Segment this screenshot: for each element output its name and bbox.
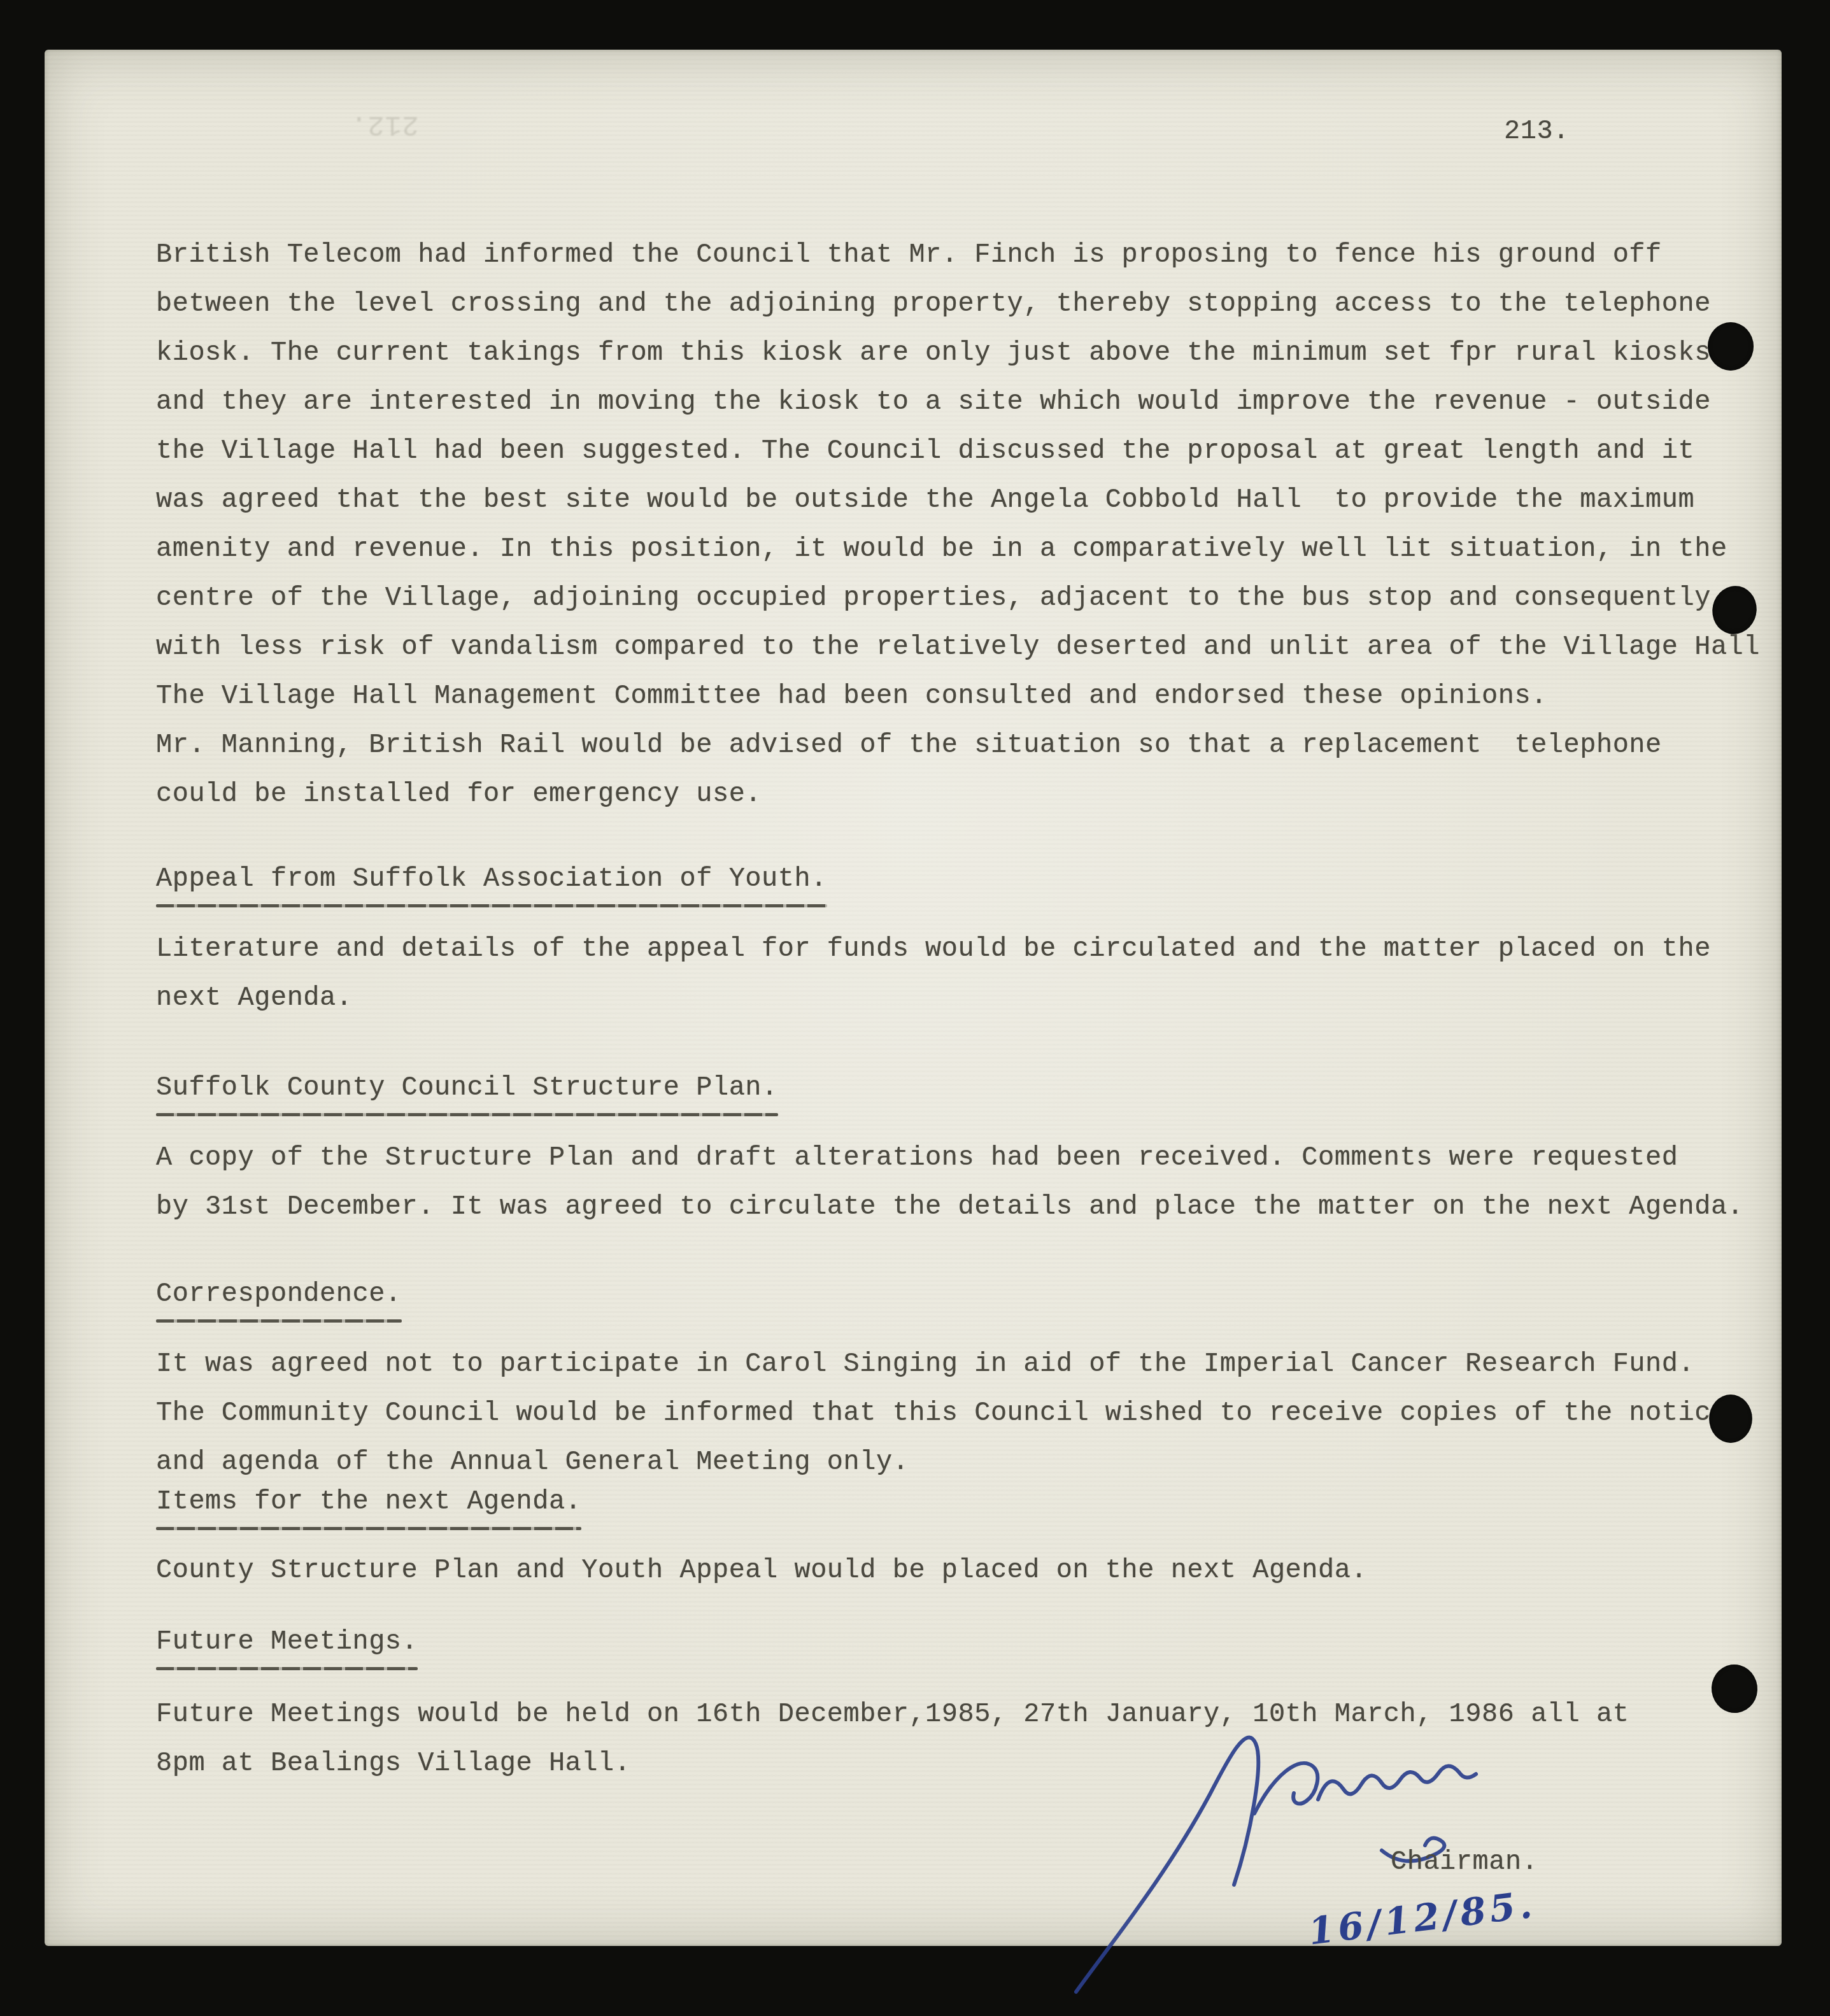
section-line: County Structure Plan and Youth Appeal w… — [156, 1546, 1367, 1595]
paragraph-line: centre of the Village, adjoining occupie… — [156, 574, 1760, 623]
paragraph-line: Mr. Manning, British Rail would be advis… — [156, 721, 1760, 770]
section-line: next Agenda. — [156, 974, 1711, 1023]
punch-hole — [1708, 322, 1754, 371]
paragraph-line: British Telecom had informed the Council… — [156, 231, 1760, 280]
paragraph-line: and they are interested in moving the ki… — [156, 378, 1760, 427]
paragraph-line: could be installed for emergency use. — [156, 770, 1760, 819]
minutes-page: 212. 213. British Telecom had informed t… — [45, 50, 1782, 1946]
section-line: A copy of the Structure Plan and draft a… — [156, 1133, 1743, 1182]
section-correspondence: Correspondence. — [156, 1279, 402, 1323]
section-correspondence-body: It was agreed not to participate in Caro… — [156, 1340, 1727, 1487]
section-structure-plan-body: A copy of the Structure Plan and draft a… — [156, 1133, 1743, 1232]
paragraph-line: with less risk of vandalism compared to … — [156, 623, 1760, 672]
section-structure-plan: Suffolk County Council Structure Plan. — [156, 1072, 778, 1116]
section-line: It was agreed not to participate in Caro… — [156, 1340, 1727, 1389]
section-heading: Appeal from Suffolk Association of Youth… — [156, 863, 827, 907]
signature-descender-stroke — [1076, 1737, 1258, 1992]
chairman-label: Chairman. — [1391, 1847, 1538, 1877]
chairman-signature — [1000, 1648, 1573, 2005]
paragraph-line: The Village Hall Management Committee ha… — [156, 672, 1760, 721]
punch-hole — [1709, 1395, 1752, 1443]
paragraph-line: amenity and revenue. In this position, i… — [156, 525, 1760, 574]
ghost-page-number: 212. — [350, 108, 419, 140]
signature-initial-stroke — [1254, 1763, 1317, 1814]
section-youth-appeal-body: Literature and details of the appeal for… — [156, 925, 1711, 1023]
signature-name-stroke — [1318, 1766, 1476, 1799]
punch-hole — [1708, 1661, 1761, 1715]
paragraph-line: was agreed that the best site would be o… — [156, 476, 1760, 525]
section-next-agenda-items-body: County Structure Plan and Youth Appeal w… — [156, 1546, 1367, 1595]
section-future-meetings: Future Meetings. — [156, 1626, 418, 1670]
section-line: by 31st December. It was agreed to circu… — [156, 1182, 1743, 1232]
section-line: and agenda of the Annual General Meeting… — [156, 1438, 1727, 1487]
page-number: 213. — [1504, 116, 1570, 146]
section-heading: Items for the next Agenda. — [156, 1486, 581, 1530]
section-line: Literature and details of the appeal for… — [156, 925, 1711, 974]
section-next-agenda-items: Items for the next Agenda. — [156, 1486, 581, 1530]
section-heading: Correspondence. — [156, 1279, 402, 1323]
section-heading: Future Meetings. — [156, 1626, 418, 1670]
section-line: The Community Council would be informed … — [156, 1389, 1727, 1438]
opening-paragraph: British Telecom had informed the Council… — [156, 231, 1760, 819]
section-youth-appeal: Appeal from Suffolk Association of Youth… — [156, 863, 827, 907]
paragraph-line: the Village Hall had been suggested. The… — [156, 427, 1760, 476]
paragraph-line: kiosk. The current takings from this kio… — [156, 329, 1760, 378]
scan-background: { "page": { "number": "213.", "ghost_num… — [0, 0, 1830, 2016]
paragraph-line: between the level crossing and the adjoi… — [156, 280, 1760, 329]
section-heading: Suffolk County Council Structure Plan. — [156, 1072, 778, 1116]
